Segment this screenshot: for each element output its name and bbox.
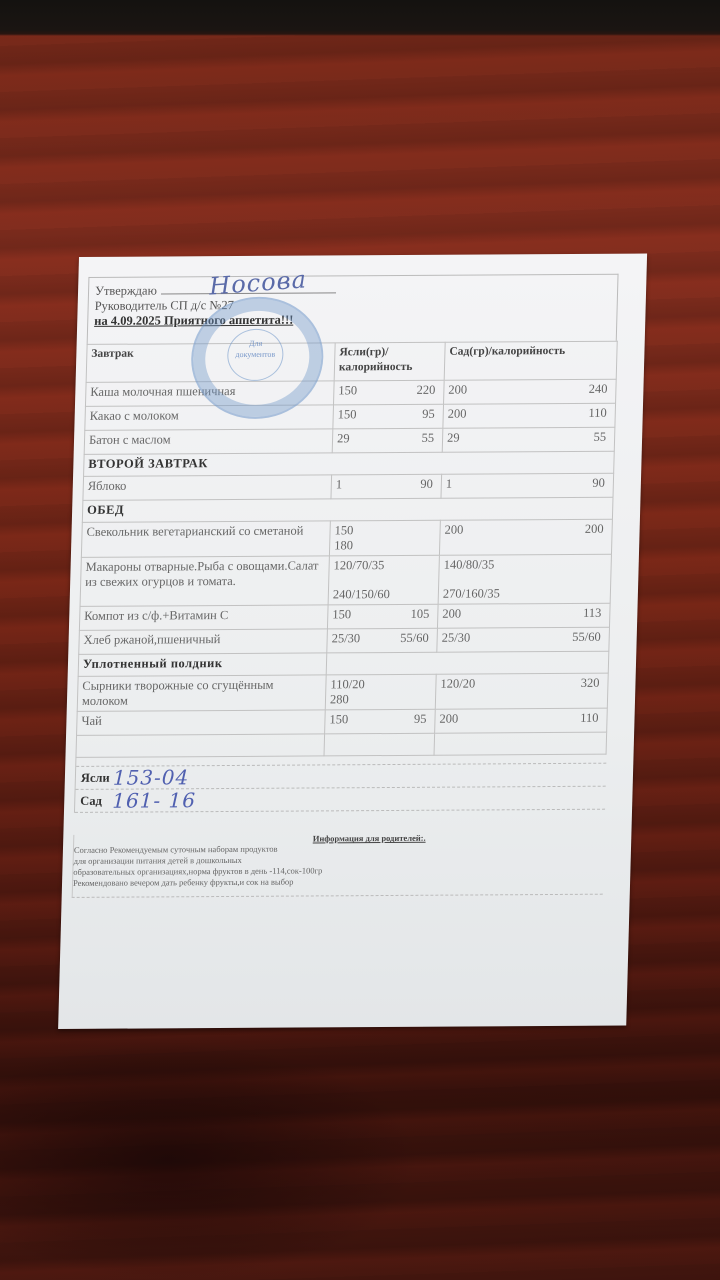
calories-value: 90: [592, 476, 609, 491]
table-row: Хлеб ржаной,пшеничный25/3055/6025/3055/6…: [79, 627, 610, 654]
calories-value: 320: [581, 676, 604, 691]
column-header-nursery: Ясли(гр)/калорийность: [334, 342, 445, 381]
value-pair: 150105: [332, 607, 433, 623]
value-pair: 15095: [329, 712, 430, 728]
dish-name: Каша молочная пшеничная: [85, 381, 334, 407]
spacer: [333, 573, 434, 588]
value-cell: 200110: [443, 403, 616, 428]
grams-value: 150: [338, 383, 357, 398]
handwritten-total: 161- 16: [112, 788, 196, 813]
value-cell: 150105: [327, 604, 438, 629]
section-title: ВТОРОЙ ЗАВТРАК: [84, 451, 615, 476]
grams-value: 200: [444, 523, 463, 538]
value-pair: 190: [336, 477, 437, 493]
value-pair: 190: [446, 476, 609, 492]
grams-value: 110/20: [330, 677, 431, 693]
grams-value: 200: [448, 407, 467, 422]
table-row: Чай15095200110: [77, 708, 608, 735]
value-pair: 200240: [448, 382, 611, 398]
value-pair: 120/20320: [440, 676, 603, 692]
value-cell: 15095: [325, 709, 436, 734]
info-line: Рекомендовано вечером дать ребенку фрукт…: [73, 875, 603, 889]
handwritten-total: 153-04: [113, 765, 190, 789]
value-cell: 15095: [333, 404, 444, 429]
total-row: Сад161- 16: [75, 787, 606, 813]
document-header: Утверждаю Носова Руководитель СП д/с №27…: [87, 274, 619, 344]
value-cell: 200240: [444, 379, 617, 404]
calories-value: 55/60: [572, 630, 605, 645]
table-row: Каша молочная пшеничная150220200240: [85, 379, 616, 406]
calories-value: 90: [420, 477, 437, 492]
grams-value: 29: [337, 431, 350, 446]
table-row: Макароны отварные.Рыба с овощами.Салат и…: [80, 554, 611, 606]
grams-value: 150: [334, 523, 435, 539]
calories-value: 200: [585, 522, 608, 537]
grams-value: 150: [329, 712, 348, 727]
table-row: Яблоко190190: [83, 473, 614, 500]
calories-value: 95: [422, 407, 439, 422]
value-pair: 200110: [448, 406, 611, 422]
grams-value: 150: [332, 607, 351, 622]
dish-name: Чай: [77, 710, 326, 736]
menu-document: Утверждаю Носова Руководитель СП д/с №27…: [72, 274, 619, 898]
calories-value: 95: [414, 712, 431, 727]
value-cell: 2955: [332, 428, 443, 453]
value-cell: 140/80/35270/160/35: [438, 554, 611, 604]
value-pair: 15095: [338, 407, 439, 423]
table-row: Какао с молоком15095200110: [85, 403, 616, 430]
value-cell: 110/20280: [325, 674, 436, 710]
total-row: Ясли153-04: [76, 764, 607, 790]
value-cell: 25/3055/60: [327, 628, 438, 653]
table-row: Сырники творожные со сгущённым молоком11…: [77, 673, 608, 711]
dish-name: Хлеб ржаной,пшеничный: [79, 629, 328, 655]
dish-name: Какао с молоком: [85, 405, 334, 431]
grams-value: 150: [338, 407, 357, 422]
table-row: Свекольник вегетарианский со сметаной150…: [81, 519, 612, 557]
value-cell: 2955: [442, 427, 615, 452]
grams-value: 200: [442, 607, 461, 622]
grams-value: 200: [439, 712, 458, 727]
calories-value: 220: [416, 383, 439, 398]
shadow: [0, 1040, 420, 1280]
grams-value: 140/80/35: [443, 557, 606, 573]
calories-value: 113: [583, 606, 606, 621]
column-header-garden: Сад(гр)/калорийность: [444, 341, 617, 380]
calories-value: 105: [410, 607, 433, 622]
calories-value: 110: [580, 711, 603, 726]
dish-name: Батон с маслом: [84, 429, 333, 455]
grams-value: 1: [336, 477, 343, 492]
value-pair: 200200: [444, 522, 607, 538]
empty-cell: [326, 651, 609, 675]
table-header-row: ЗавтракЯсли(гр)/калорийностьСад(гр)/кало…: [86, 341, 617, 382]
dish-name: Яблоко: [83, 475, 332, 501]
approve-label: Утверждаю: [95, 284, 157, 298]
value-cell: 200113: [437, 603, 610, 628]
menu-table: ЗавтракЯсли(гр)/калорийностьСад(гр)/кало…: [75, 341, 617, 758]
dish-name: Макароны отварные.Рыба с овощами.Салат и…: [80, 556, 329, 607]
grams-value: 25/30: [331, 631, 360, 646]
calories-value: 55: [593, 430, 610, 445]
value-pair: 25/3055/60: [331, 631, 432, 647]
section-row: ОБЕД: [82, 497, 613, 522]
table-row: Батон с маслом29552955: [84, 427, 615, 454]
grams-value: 1: [446, 477, 453, 492]
section-title: Уплотненный полдник: [78, 653, 327, 677]
parents-info: Информация для родителей:. Согласно Реко…: [72, 832, 605, 898]
calories-value: 240: [588, 382, 611, 397]
grams-value: 25/30: [441, 631, 470, 646]
empty-row: [76, 732, 607, 757]
calories-value: 55: [421, 431, 438, 446]
grams-value: 29: [447, 431, 460, 446]
totals-block: Ясли153-04Сад161- 16: [74, 755, 607, 813]
value-pair: 200113: [442, 606, 605, 622]
value-pair: 2955: [337, 431, 438, 447]
value-cell: 120/20320: [435, 673, 608, 709]
grams-value: 120/20: [440, 677, 475, 692]
section-title: ОБЕД: [82, 497, 613, 522]
dish-name: Сырники творожные со сгущённым молоком: [77, 675, 326, 712]
calories-value: 180: [334, 538, 435, 554]
empty-cell: [76, 734, 325, 758]
table-row: Компот из с/ф.+Витамин С150105200113: [79, 603, 610, 630]
menu-sheet: Утверждаю Носова Руководитель СП д/с №27…: [58, 254, 647, 1029]
date-line: на 4.09.2025 Приятного аппетита!!!: [94, 311, 611, 329]
calories-value: 110: [588, 406, 611, 421]
value-pair: 200110: [439, 711, 602, 727]
spacer: [443, 572, 606, 587]
grams-value: 200: [448, 383, 467, 398]
value-cell: 190: [331, 474, 442, 499]
section-row: ВТОРОЙ ЗАВТРАК: [84, 451, 615, 476]
dish-name: Компот из с/ф.+Витамин С: [79, 605, 328, 631]
dish-name: Свекольник вегетарианский со сметаной: [81, 521, 330, 558]
value-cell: 200110: [435, 708, 608, 733]
value-cell: 120/70/35240/150/60: [328, 555, 439, 605]
total-label: Сад: [80, 793, 112, 808]
calories-value: 55/60: [400, 631, 433, 646]
section-row: Уплотненный полдник: [78, 651, 609, 676]
value-pair: 25/3055/60: [441, 630, 604, 646]
empty-cell: [324, 733, 435, 756]
value-cell: 150180: [329, 520, 440, 556]
calories-value: 280: [330, 692, 431, 708]
calories-value: 270/160/35: [443, 586, 606, 602]
value-cell: 25/3055/60: [437, 627, 610, 652]
empty-cell: [434, 732, 607, 755]
column-header-meal: Завтрак: [86, 343, 335, 383]
total-label: Ясли: [81, 770, 113, 785]
grams-value: 120/70/35: [333, 558, 434, 574]
value-cell: 150220: [334, 380, 445, 405]
value-pair: 150220: [338, 383, 439, 399]
value-pair: 2955: [447, 430, 610, 446]
value-cell: 200200: [439, 519, 612, 555]
value-cell: 190: [441, 473, 614, 498]
calories-value: 240/150/60: [333, 587, 434, 603]
